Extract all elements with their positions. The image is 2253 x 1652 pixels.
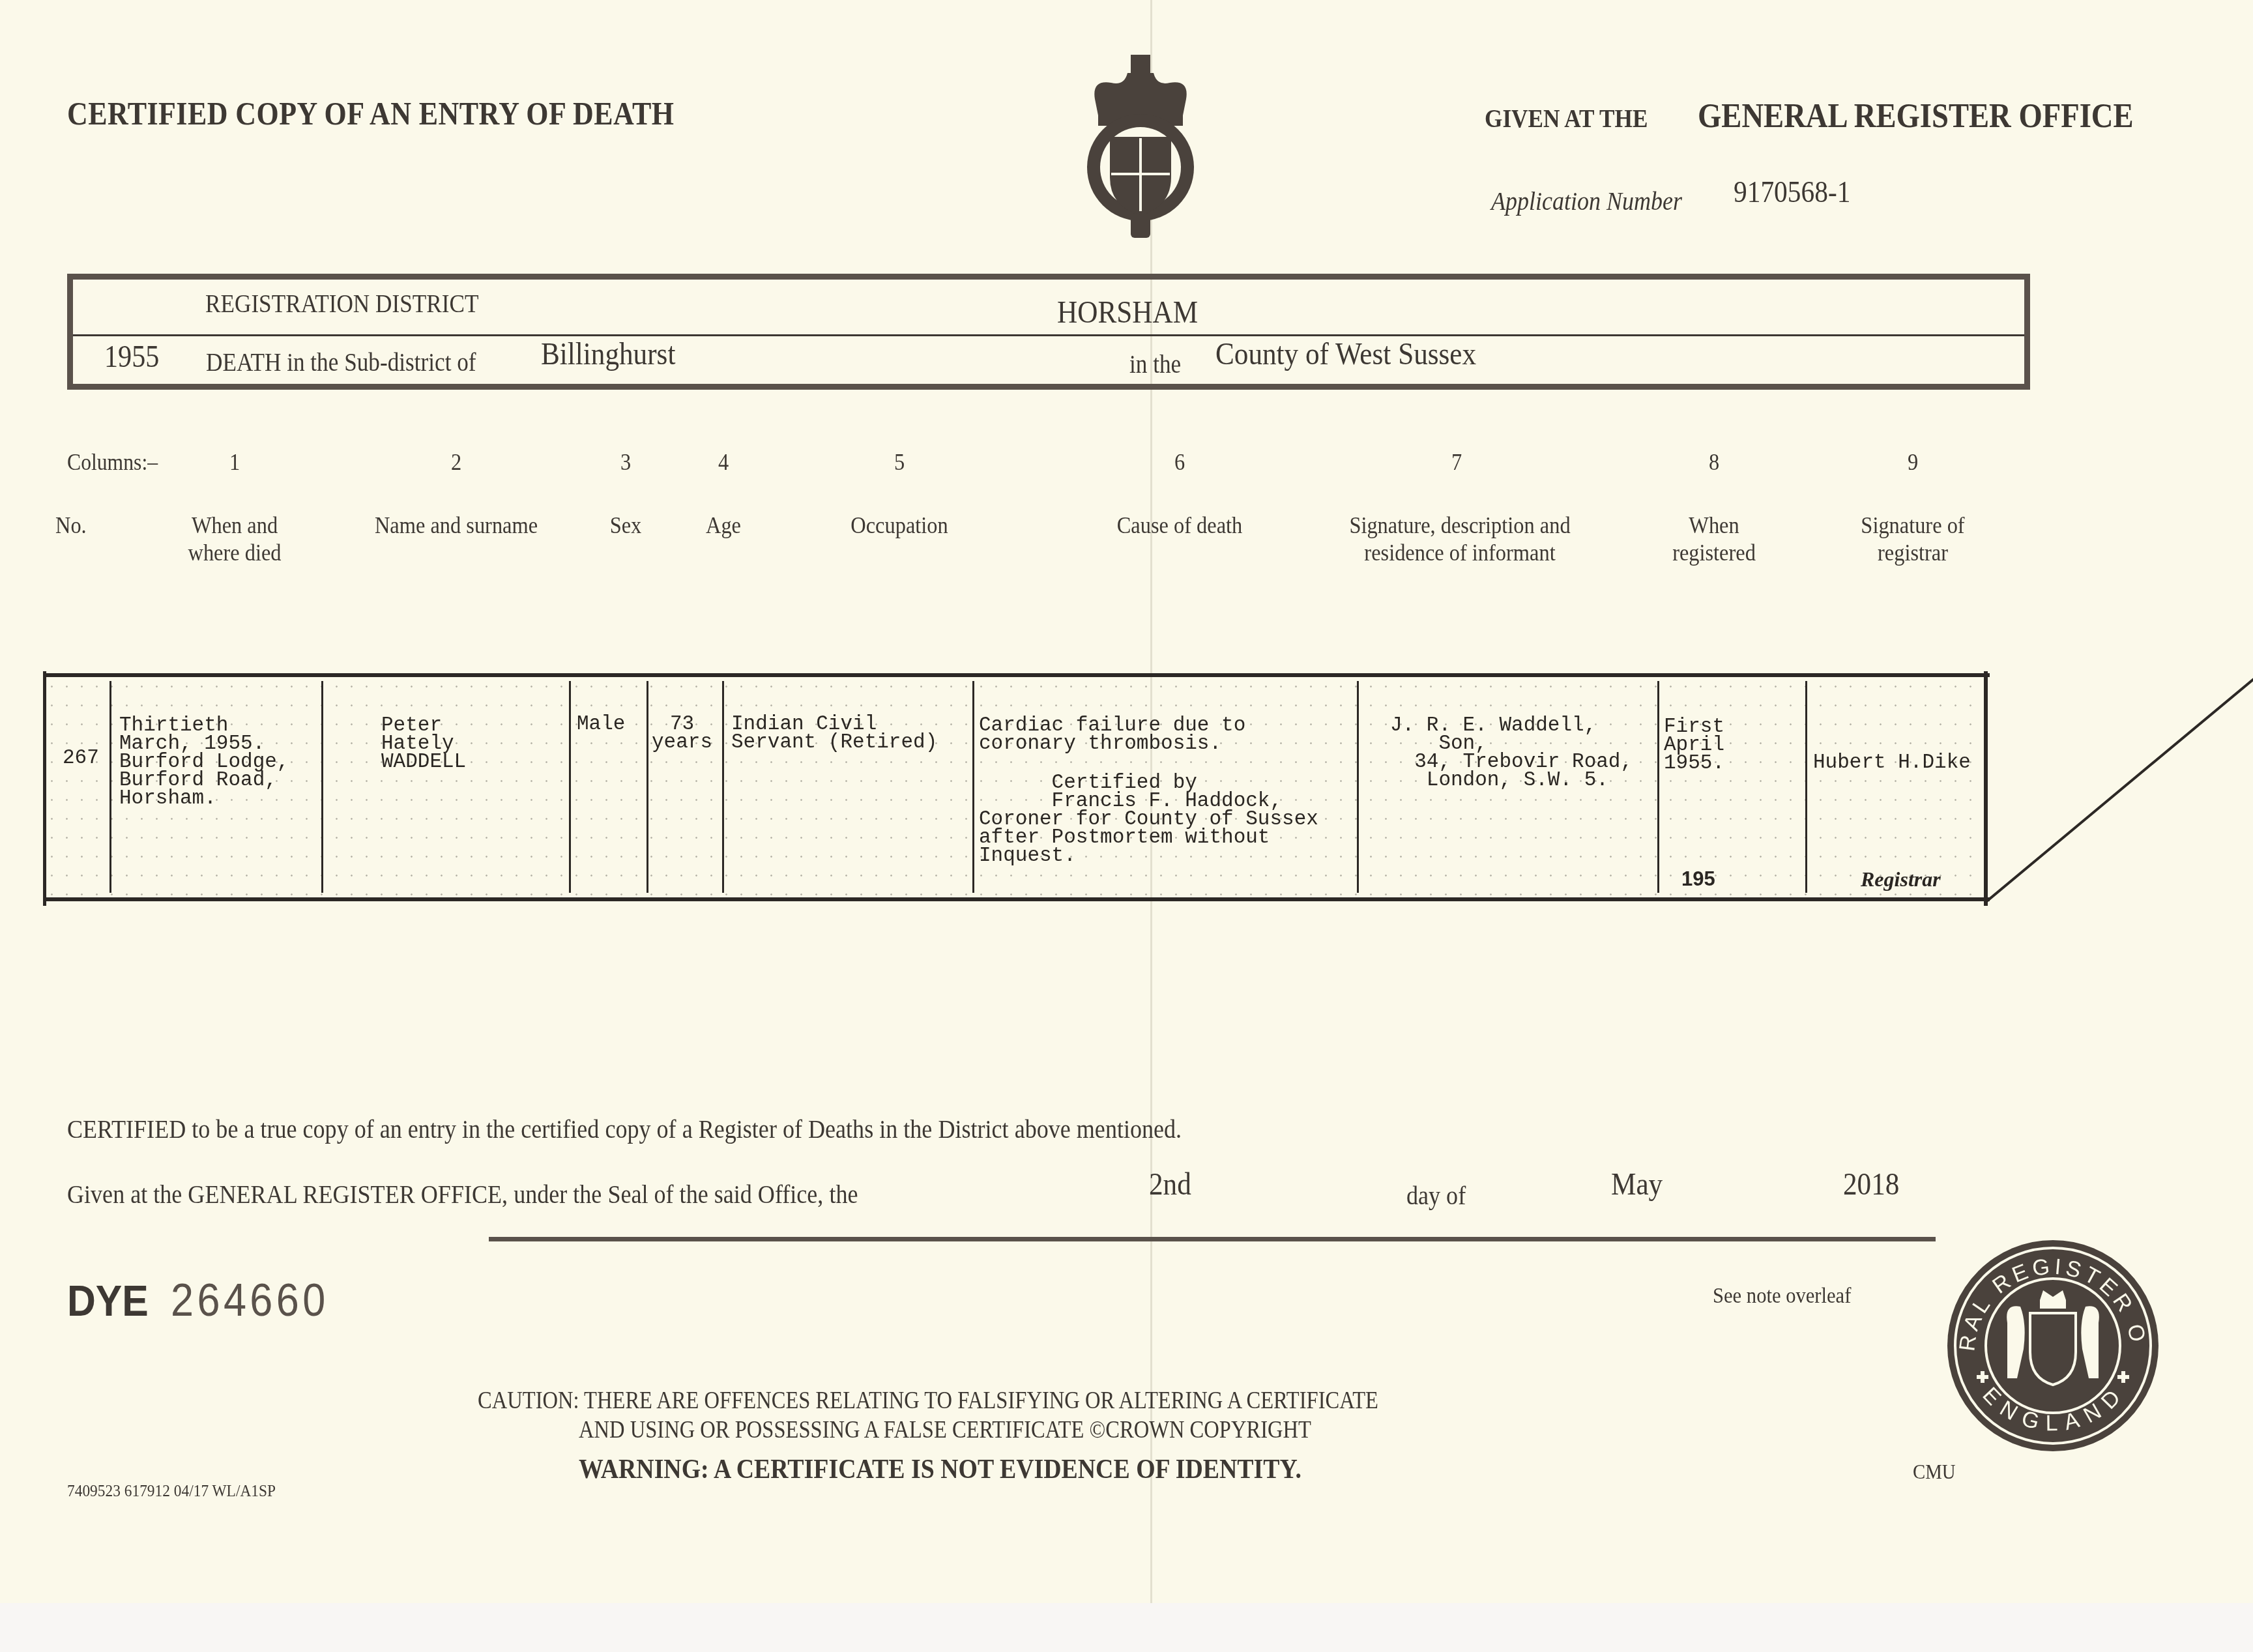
given-line: Given at the GENERAL REGISTER OFFICE, un… [67, 1178, 858, 1210]
column-divider [722, 681, 724, 893]
column-number: 5 [882, 448, 917, 476]
column-number: 6 [1162, 448, 1197, 476]
registration-district: HORSHAM [1057, 295, 1198, 330]
column-header-cause: Cause of death [1092, 512, 1268, 539]
column-number: 1 [217, 448, 252, 476]
column-header-registrar: Signature of registrar [1834, 512, 1992, 566]
column-divider [1657, 681, 1659, 893]
county-label: in the [1129, 349, 1181, 379]
column-header-occupation: Occupation [829, 512, 970, 539]
serial-number: 264660 [171, 1274, 329, 1326]
issue-month: May [1611, 1167, 1663, 1202]
issue-year: 2018 [1843, 1167, 1899, 1202]
entry-name: Peter Hately WADDELL [381, 717, 466, 772]
caution-line-2: AND USING OR POSSESSING A FALSE CERTIFIC… [579, 1416, 1311, 1444]
issuing-office: GENERAL REGISTER OFFICE [1698, 96, 2134, 136]
entry-age: 73 years [652, 716, 712, 752]
entry-sex: Male [577, 716, 625, 734]
entry-registrar-footer: Registrar [1861, 870, 1941, 888]
entry-occupation: Indian Civil Servant (Retired) [731, 716, 937, 752]
see-note-overleaf: See note overleaf [1713, 1284, 1851, 1309]
caution-line-1: CAUTION: THERE ARE OFFENCES RELATING TO … [478, 1387, 1378, 1415]
cancellation-diagonal [1981, 678, 2253, 906]
entry-informant: J. R. E. Waddell, Son, 34, Trebovir Road… [1390, 717, 1633, 790]
column-divider [321, 681, 323, 893]
county: County of West Sussex [1215, 336, 1476, 372]
column-number: 9 [1895, 448, 1930, 476]
district-divider [73, 334, 2024, 336]
column-divider [1805, 681, 1807, 893]
column-header-informant: Signature, description and residence of … [1325, 512, 1595, 566]
day-of-label: day of [1406, 1180, 1466, 1211]
registration-district-label: REGISTRATION DISTRICT [205, 288, 478, 319]
column-number: 4 [706, 448, 741, 476]
application-number: 9170568-1 [1734, 175, 1850, 209]
gro-seal-icon: GENERAL REGISTER OFFICE ENGLAND [1945, 1238, 2160, 1453]
issue-day: 2nd [1149, 1167, 1191, 1202]
registration-year: 1955 [104, 339, 159, 375]
columns-label: Columns:– [67, 448, 158, 476]
application-number-label: Application Number [1491, 186, 1682, 216]
column-number: 2 [439, 448, 474, 476]
column-number: 3 [608, 448, 643, 476]
entry-border-left [43, 671, 46, 906]
column-header-when-where: When and where died [164, 512, 305, 566]
column-divider [1357, 681, 1359, 893]
column-header-no: No. [55, 512, 114, 539]
column-number: 8 [1696, 448, 1732, 476]
identity-warning: WARNING: A CERTIFICATE IS NOT EVIDENCE O… [579, 1453, 1301, 1485]
royal-crest-icon [1079, 53, 1202, 239]
serial-prefix: DYE [67, 1276, 149, 1326]
column-header-when-registered: When registered [1650, 512, 1779, 566]
column-header-name: Name and surname [351, 512, 562, 539]
certification-statement: CERTIFIED to be a true copy of an entry … [67, 1113, 1182, 1144]
office-code: CMU [1913, 1460, 1956, 1484]
column-header-sex: Sex [596, 512, 655, 539]
form-code: 7409523 617912 04/17 WL/A1SP [67, 1481, 276, 1501]
column-divider [109, 681, 111, 893]
entry-cause-of-death: Cardiac failure due to coronary thrombos… [979, 717, 1245, 753]
entry-when-where-died: Thirtieth March, 1955. Burford Lodge, Bu… [119, 717, 289, 808]
column-divider [647, 681, 648, 893]
column-header-age: Age [694, 512, 753, 539]
sub-district: Billinghurst [541, 336, 675, 372]
entry-when-registered: First April 1955. [1664, 718, 1724, 773]
column-divider [569, 681, 571, 893]
document-title: CERTIFIED COPY OF AN ENTRY OF DEATH [67, 94, 674, 132]
entry-registrar-signature: Hubert H.Dike [1813, 754, 1971, 772]
column-divider [972, 681, 974, 893]
entry-number: 267 [63, 749, 99, 768]
sub-district-label: DEATH in the Sub-district of [206, 347, 476, 377]
column-number: 7 [1439, 448, 1474, 476]
entry-when-registered-footer: 195 [1681, 870, 1715, 888]
given-at-prefix: GIVEN AT THE [1485, 103, 1648, 134]
entry-certified-by: Certified by Francis F. Haddock, Coroner… [979, 774, 1318, 865]
signature-rule [489, 1237, 1936, 1241]
